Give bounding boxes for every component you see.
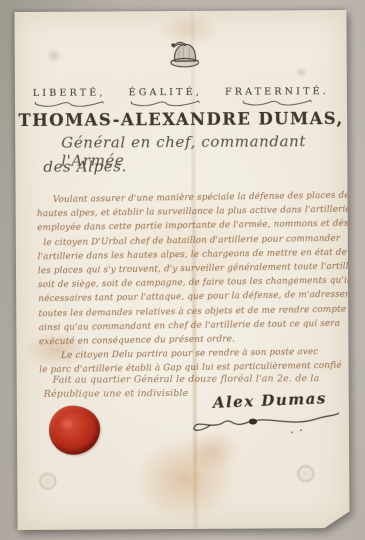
motto-fraternite: FRATERNITÉ. xyxy=(225,86,329,107)
wax-seal xyxy=(49,406,100,455)
emboss-mark xyxy=(297,465,314,482)
underline-flourish-icon xyxy=(33,99,105,107)
motto-liberte: LIBERTÉ, xyxy=(33,87,106,107)
dateline-line-2: République une et indivisible xyxy=(44,388,189,400)
ink-speck xyxy=(268,113,271,116)
dateline-line-1: Fait au quartier Général le douze floréa… xyxy=(53,373,320,386)
motto-liberte-label: LIBERTÉ, xyxy=(33,87,106,98)
document-paper: LIBERTÉ, ÉGALITÉ, FRATERNITÉ. xyxy=(14,10,349,530)
document-paper-wrap: LIBERTÉ, ÉGALITÉ, FRATERNITÉ. xyxy=(14,10,349,530)
photo-backdrop: LIBERTÉ, ÉGALITÉ, FRATERNITÉ. xyxy=(0,0,365,540)
motto-egalite: ÉGALITÉ, xyxy=(129,87,202,107)
signature-flourish-icon xyxy=(189,408,341,437)
underline-flourish-icon xyxy=(129,99,201,107)
document-title: THOMAS-ALEXANDRE DUMAS, xyxy=(15,109,347,130)
underline-flourish-icon xyxy=(241,98,313,106)
motto: LIBERTÉ, ÉGALITÉ, FRATERNITÉ. xyxy=(15,86,347,108)
motto-fraternite-label: FRATERNITÉ. xyxy=(225,86,329,98)
subtitle-line-2: des Alpes. xyxy=(43,157,127,176)
motto-egalite-label: ÉGALITÉ, xyxy=(129,87,202,98)
manuscript-body: Voulant assurer d'une manière spéciale l… xyxy=(37,189,338,378)
emboss-mark xyxy=(39,473,56,490)
phrygian-cap-icon xyxy=(162,36,208,74)
